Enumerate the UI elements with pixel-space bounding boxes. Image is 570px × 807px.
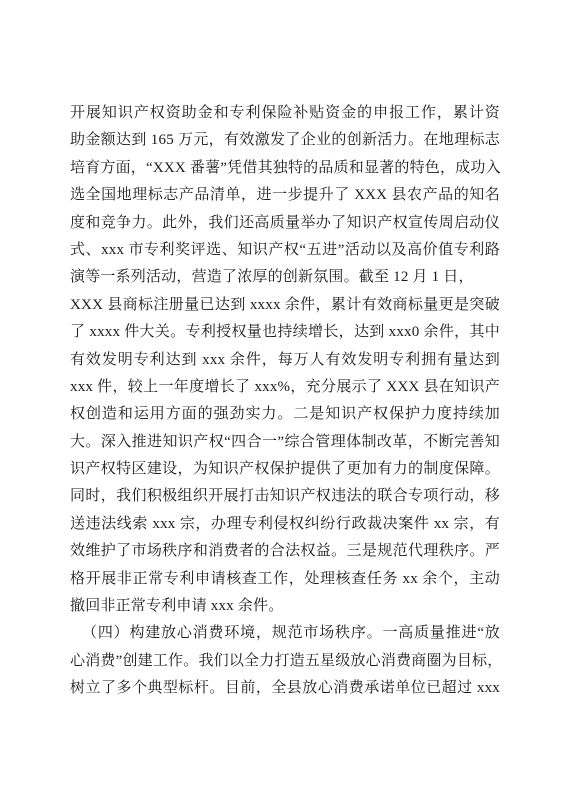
text-line: 格开展非正常专利申请核查工作，处理核查任务 xx 余个，主动 xyxy=(70,566,500,593)
text-line: 选全国地理标志产品清单，进一步提升了 XXX 县农产品的知名 xyxy=(70,182,500,209)
text-line: （四）构建放心消费环境，规范市场秩序。一高质量推进“放 xyxy=(70,620,500,647)
text-line: 心消费”创建工作。我们以全力打造五星级放心消费商圈为目标， xyxy=(70,648,500,675)
document-body: 开展知识产权资助金和专利保险补贴资金的申报工作，累计资 助金额达到 165 万元… xyxy=(70,100,500,703)
document-page: 开展知识产权资助金和专利保险补贴资金的申报工作，累计资 助金额达到 165 万元… xyxy=(0,0,570,807)
paragraph-consumer-environment: （四）构建放心消费环境，规范市场秩序。一高质量推进“放 心消费”创建工作。我们以… xyxy=(70,620,500,702)
text-line: 效维护了市场秩序和消费者的合法权益。三是规范代理秩序。严 xyxy=(70,538,500,565)
text-line: XXX 县商标注册量已达到 xxxx 余件，累计有效商标量更是突破 xyxy=(70,292,500,319)
text-line: 助金额达到 165 万元，有效激发了企业的创新活力。在地理标志 xyxy=(70,127,500,154)
text-line: 培育方面，“XXX 番薯”凭借其独特的品质和显著的特色，成功入 xyxy=(70,155,500,182)
text-line: 权创造和运用方面的强劲实力。二是知识产权保护力度持续加 xyxy=(70,401,500,428)
text-line: xxx 件，较上一年度增长了 xxx%，充分展示了 XXX 县在知识产 xyxy=(70,374,500,401)
paragraph-intellectual-property: 开展知识产权资助金和专利保险补贴资金的申报工作，累计资 助金额达到 165 万元… xyxy=(70,100,500,620)
text-line: 式、xxx 市专利奖评选、知识产权“五进”活动以及高价值专利路 xyxy=(70,237,500,264)
text-line: 了 xxxx 件大关。专利授权量也持续增长，达到 xxx0 余件，其中 xyxy=(70,319,500,346)
text-line: 同时，我们积极组织开展打击知识产权违法的联合专项行动，移 xyxy=(70,483,500,510)
text-line: 度和竞争力。此外，我们还高质量举办了知识产权宣传周启动仪 xyxy=(70,210,500,237)
text-line: 送违法线索 xxx 宗，办理专利侵权纠纷行政裁决案件 xx 宗，有 xyxy=(70,511,500,538)
text-line: 大。深入推进知识产权“四合一”综合管理体制改革，不断完善知 xyxy=(70,429,500,456)
text-line: 树立了多个典型标杆。目前，全县放心消费承诺单位已超过 xxx xyxy=(70,675,500,702)
text-line: 有效发明专利达到 xxx 余件，每万人有效发明专利拥有量达到 xyxy=(70,347,500,374)
text-line: 演等一系列活动，营造了浓厚的创新氛围。截至 12 月 1 日， xyxy=(70,264,500,291)
text-line: 撤回非正常专利申请 xxx 余件。 xyxy=(70,593,500,620)
text-line: 开展知识产权资助金和专利保险补贴资金的申报工作，累计资 xyxy=(70,100,500,127)
text-line: 识产权特区建设，为知识产权保护提供了更加有力的制度保障。 xyxy=(70,456,500,483)
